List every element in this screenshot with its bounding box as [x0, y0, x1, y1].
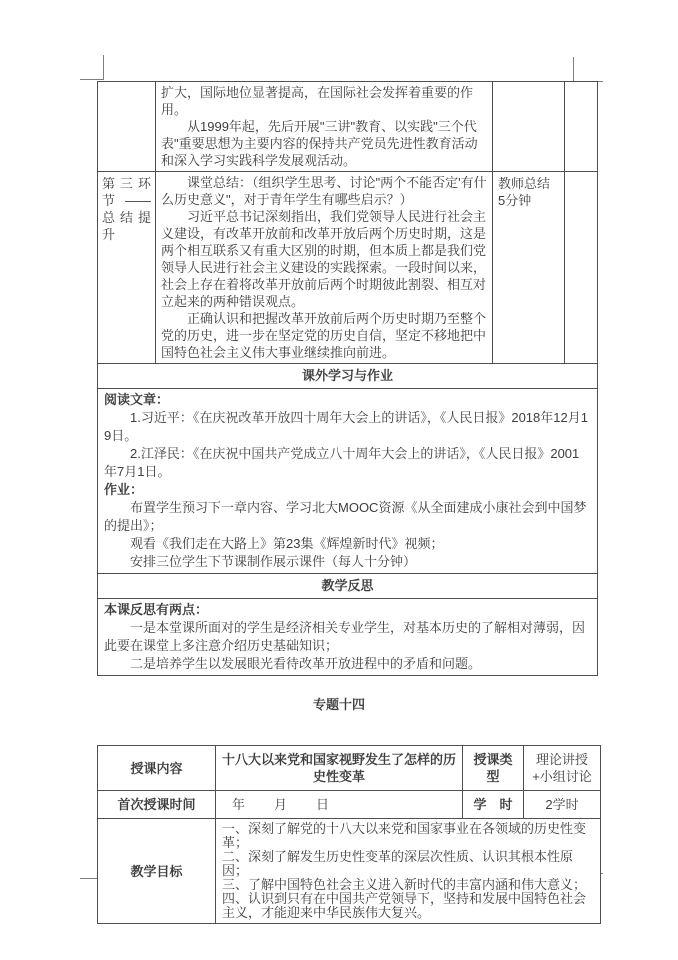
empty-cell: [565, 172, 598, 364]
content-cell: 课堂总结：（组织学生思考、讨论"两个不能否定'有什么历史意义"，对于青年学生有哪…: [156, 172, 493, 364]
objective-item: 三、了解中国特色社会主义进入新时代的丰富内涵和伟大意义；: [222, 878, 594, 892]
reflection-point: 二是培养学生以发展眼光看待改革开放进程中的矛盾和问题。: [104, 655, 591, 673]
homework-section-header: 课外学习与作业: [98, 364, 598, 389]
paragraph: 从1999年起，先后开展"三讲"教育、以实践"三个代表"重要思想为主要内容的保持…: [161, 118, 487, 169]
stage-label: 第三环节——总结提升: [98, 172, 156, 364]
type-label: 授课类型: [463, 746, 524, 791]
table-row: 扩大，国际地位显著提高，在国际社会发挥着重要的作用。 从1999年起，先后开展"…: [98, 82, 598, 172]
table-row: 第三环节——总结提升 课堂总结：（组织学生思考、讨论"两个不能否定'有什么历史意…: [98, 172, 598, 364]
reflection-cell: 本课反思有两点： 一是本堂课所面对的学生是经济相关专业学生，对基本历史的了解相对…: [98, 599, 598, 676]
method-line: 5分钟: [498, 192, 559, 209]
homework-cell: 阅读文章： 1.习近平：《在庆祝改革开放四十周年大会上的讲话》，《人民日报》20…: [98, 389, 598, 574]
objective-item: 二、深刻了解发生历史性变革的深层次性质、认识其根本性原因；: [222, 850, 594, 878]
table-row: 课外学习与作业: [98, 364, 598, 389]
assignment-label: 作业：: [104, 481, 591, 499]
assignment-item: 观看《我们走在大路上》第23集《辉煌新时代》视频；: [104, 535, 591, 553]
lesson-title: 十八大以来党和国家视野发生了怎样的历史性变革: [216, 746, 463, 791]
assignment-item: 安排三位学生下节课制作展示课件（每人十分钟）: [104, 553, 591, 571]
crop-mark-top-right: [573, 57, 603, 82]
content-cell: 扩大，国际地位显著提高，在国际社会发挥着重要的作用。 从1999年起，先后开展"…: [156, 82, 493, 172]
table-row: 教学目标 一、深刻了解党的十八大以来党和国家事业在各领域的历史性变革； 二、深刻…: [98, 819, 601, 924]
next-lesson-header-table: 授课内容 十八大以来党和国家视野发生了怎样的历史性变革 授课类型 理论讲授+小组…: [97, 745, 601, 924]
empty-method-cell: [493, 82, 565, 172]
paragraph: 扩大，国际地位显著提高，在国际社会发挥着重要的作用。: [161, 84, 487, 118]
reading-item: 1.习近平：《在庆祝改革开放四十周年大会上的讲话》，《人民日报》2018年12月…: [104, 409, 591, 445]
table-row: 授课内容 十八大以来党和国家视野发生了怎样的历史性变革 授课类型 理论讲授+小组…: [98, 746, 601, 791]
reflection-intro: 本课反思有两点：: [104, 601, 591, 619]
hours-label: 学 时: [463, 791, 524, 819]
hours-value: 2学时: [524, 791, 601, 819]
table-row: 首次授课时间 年 月 日 学 时 2学时: [98, 791, 601, 819]
paragraph: 课堂总结：（组织学生思考、讨论"两个不能否定'有什么历史意义"，对于青年学生有哪…: [161, 174, 487, 208]
method-line: 教师总结: [498, 175, 559, 192]
table-row: 本课反思有两点： 一是本堂课所面对的学生是经济相关专业学生，对基本历史的了解相对…: [98, 599, 598, 676]
objectives-label: 教学目标: [98, 819, 216, 924]
assignment-item: 布置学生预习下一章内容、学习北大MOOC资源《从全面建成小康社会到中国梦的提出》…: [104, 499, 591, 535]
lesson-plan-table: 扩大，国际地位显著提高，在国际社会发挥着重要的作用。 从1999年起，先后开展"…: [97, 81, 598, 676]
first-time-label: 首次授课时间: [98, 791, 216, 819]
reading-item: 2.江泽民：《在庆祝中国共产党成立八十周年大会上的讲话》，《人民日报》2001年…: [104, 445, 591, 481]
method-cell: 教师总结 5分钟: [493, 172, 565, 364]
section-heading: 专题十四: [0, 694, 678, 713]
empty-cell: [565, 82, 598, 172]
type-value: 理论讲授+小组讨论: [524, 746, 601, 791]
reading-label: 阅读文章：: [104, 391, 591, 409]
objective-item: 一、深刻了解党的十八大以来党和国家事业在各领域的历史性变革；: [222, 822, 594, 850]
table-row: 教学反思: [98, 574, 598, 599]
document-page: 扩大，国际地位显著提高，在国际社会发挥着重要的作用。 从1999年起，先后开展"…: [0, 0, 678, 960]
crop-mark-top-left: [80, 55, 104, 80]
objective-item: 四、认识到只有在中国共产党领导下，坚持和发展中国特色社会主义，才能迎来中华民族伟…: [222, 892, 594, 920]
paragraph: 正确认识和把握改革开放前后两个历史时期乃至整个党的历史，进一步在坚定党的历史自信…: [161, 310, 487, 361]
first-time-value: 年 月 日: [216, 791, 463, 819]
reflection-point: 一是本堂课所面对的学生是经济相关专业学生，对基本历史的了解相对薄弱，因此要在课堂…: [104, 619, 591, 655]
empty-stage-cell: [98, 82, 156, 172]
objectives-cell: 一、深刻了解党的十八大以来党和国家事业在各领域的历史性变革； 二、深刻了解发生历…: [216, 819, 601, 924]
reflection-section-header: 教学反思: [98, 574, 598, 599]
paragraph: 习近平总书记深刻指出，我们党领导人民进行社会主义建设，有改革开放前和改革开放后两…: [161, 208, 487, 310]
table-row: 阅读文章： 1.习近平：《在庆祝改革开放四十周年大会上的讲话》，《人民日报》20…: [98, 389, 598, 574]
content-label: 授课内容: [98, 746, 216, 791]
